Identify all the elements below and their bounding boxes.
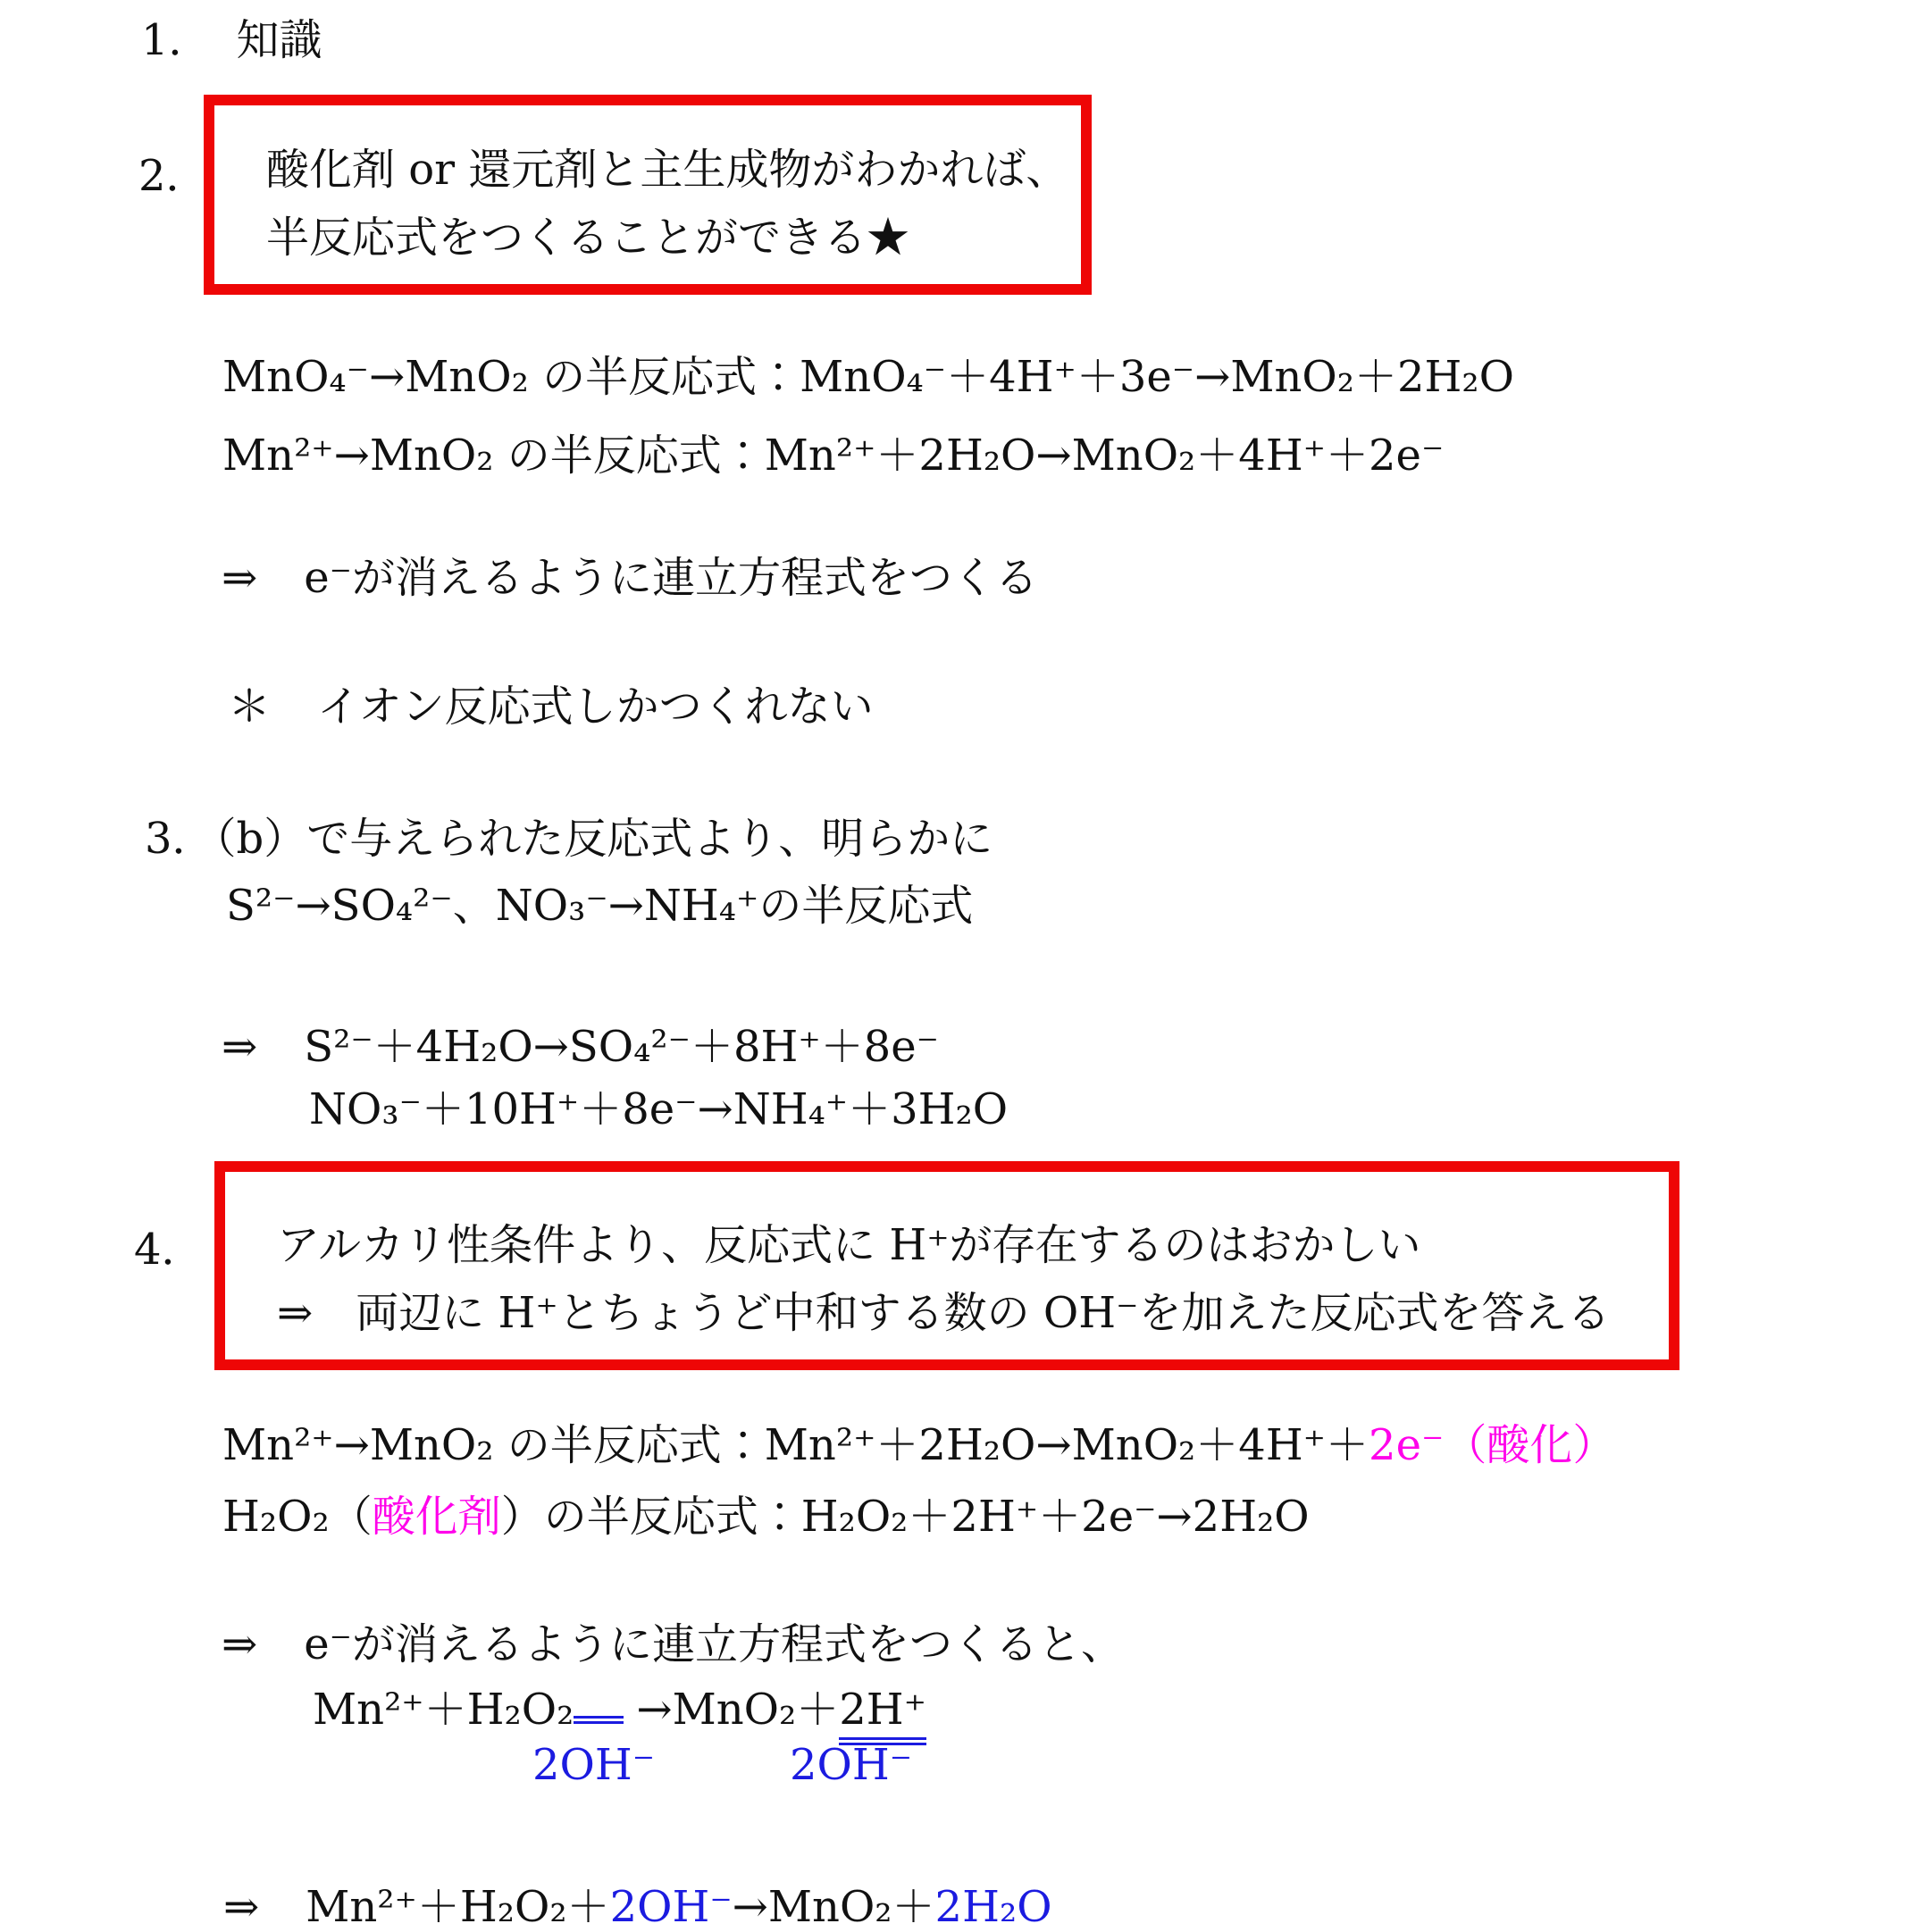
section-3-number: 3． — [145, 814, 215, 864]
section-1-number: 1． — [141, 5, 212, 67]
double-arrow: ⇒ — [222, 553, 257, 603]
section-3-result-row1: ⇒S²⁻＋4H₂O→SO₄²⁻＋8H⁺＋8e⁻ — [222, 1012, 939, 1074]
final-equation-water: 2H₂O — [935, 1882, 1052, 1932]
key-point-box-oxidizer-line1: 酸化剤 or 還元剤と主生成物がわかれば、 — [266, 136, 1081, 204]
note-combine-equations-text: e⁻が消えるように連立方程式をつくると、 — [304, 1619, 1124, 1669]
equation-h2o2-oxidizer: H₂O₂（酸化剤）の半反応式：H₂O₂＋2H⁺＋2e⁻→2H₂O — [222, 1481, 1615, 1552]
oh-annotation-right-row: 2OH⁻ — [790, 1740, 912, 1790]
equation-mn2-oxidation-electrons: 2e⁻（酸化） — [1369, 1420, 1615, 1470]
working-equation-middle: →MnO₂＋ — [636, 1685, 839, 1735]
aside-ionic-equation: ＊イオン反応式しかつくれない — [228, 672, 874, 733]
final-equation-black1: Mn²⁺＋H₂O₂＋ — [306, 1882, 609, 1932]
section-2-number-row: 2． — [138, 141, 209, 203]
section-4-number-row: 4． — [134, 1215, 205, 1276]
section-2-number: 2． — [138, 151, 209, 201]
equation-mn2-oxidation-black: Mn²⁺→MnO₂ の半反応式：Mn²⁺＋2H₂O→MnO₂＋4H⁺＋ — [222, 1420, 1369, 1470]
key-point-box-alkaline-line2: ⇒ 両辺に H⁺とちょうど中和する数の OH⁻を加えた反応式を答える — [277, 1279, 1669, 1347]
equation-h2o2-black1: H₂O₂（ — [222, 1492, 373, 1542]
key-point-box-oxidizer-line2: 半反応式をつくることができる★ — [266, 204, 1081, 272]
section-1: 1．知識 — [141, 5, 322, 67]
aside-ionic-equation-text: イオン反応式しかつくれない — [317, 682, 874, 732]
section-3-line2-row: S²⁻→SO₄²⁻、NO₃⁻→NH₄⁺の半反応式 — [226, 871, 973, 933]
note-eliminate-electrons: ⇒e⁻が消えるように連立方程式をつくる — [222, 543, 1038, 605]
equation-no3-to-nh4: NO₃⁻＋10H⁺＋8e⁻→NH₄⁺＋3H₂O — [309, 1084, 1008, 1134]
note-combine-equations: ⇒e⁻が消えるように連立方程式をつくると、 — [222, 1610, 1124, 1671]
half-reaction-examples: MnO₄⁻→MnO₂ の半反応式：MnO₄⁻＋4H⁺＋3e⁻→MnO₂＋2H₂O… — [222, 338, 1514, 495]
notes-page: 1．知識 2． 酸化剤 or 還元剤と主生成物がわかれば、 半反応式をつくること… — [0, 0, 1918, 1932]
section-4-number: 4． — [134, 1225, 205, 1275]
note-eliminate-electrons-text: e⁻が消えるように連立方程式をつくる — [304, 553, 1038, 603]
oh-annotation-left-row: 2OH⁻ — [532, 1740, 655, 1790]
equation-mn2-to-mno2: Mn²⁺→MnO₂ の半反応式：Mn²⁺＋2H₂O→MnO₂＋4H⁺＋2e⁻ — [222, 416, 1514, 495]
double-arrow: ⇒ — [222, 1619, 257, 1669]
blank-underline-slot — [574, 1680, 624, 1724]
final-equation-black2: →MnO₂＋ — [733, 1882, 935, 1932]
asterisk-marker: ＊ — [228, 682, 271, 732]
section-3-line2: S²⁻→SO₄²⁻、NO₃⁻→NH₄⁺の半反応式 — [226, 881, 973, 931]
section-3-result-row2: NO₃⁻＋10H⁺＋8e⁻→NH₄⁺＋3H₂O — [309, 1075, 1008, 1136]
equation-mn2-oxidation: Mn²⁺→MnO₂ の半反応式：Mn²⁺＋2H₂O→MnO₂＋4H⁺＋2e⁻（酸… — [222, 1409, 1615, 1481]
section-1-title: 知識 — [237, 15, 322, 65]
key-point-box-oxidizer: 酸化剤 or 還元剤と主生成物がわかれば、 半反応式をつくることができる★ — [204, 95, 1092, 295]
working-equation-left: Mn²⁺＋H₂O₂ — [313, 1685, 574, 1735]
working-equation-2h-underlined: 2H⁺ — [839, 1685, 926, 1745]
double-arrow: ⇒ — [222, 1022, 257, 1072]
equation-h2o2-oxidizer-label: 酸化剤 — [373, 1492, 501, 1542]
double-arrow: ⇒ — [223, 1882, 259, 1932]
equation-h2o2-black2: ）の半反応式：H₂O₂＋2H⁺＋2e⁻→2H₂O — [501, 1492, 1310, 1542]
section-3-header: 3．（b）で与えられた反応式より、明らかに — [145, 804, 993, 866]
key-point-box-alkaline: アルカリ性条件より、反応式に H⁺が存在するのはおかしい ⇒ 両辺に H⁺とちょ… — [214, 1161, 1679, 1370]
equation-s2-to-so4: S²⁻＋4H₂O→SO₄²⁻＋8H⁺＋8e⁻ — [304, 1022, 939, 1072]
section-3-line1: （b）で与えられた反応式より、明らかに — [215, 814, 993, 864]
oh-annotation-right: 2OH⁻ — [790, 1740, 912, 1790]
equation-mno4-to-mno2: MnO₄⁻→MnO₂ の半反応式：MnO₄⁻＋4H⁺＋3e⁻→MnO₂＋2H₂O — [222, 338, 1514, 416]
key-point-box-alkaline-line1: アルカリ性条件より、反応式に H⁺が存在するのはおかしい — [277, 1211, 1669, 1279]
oh-annotation-left: 2OH⁻ — [532, 1740, 655, 1790]
section-4-equations: Mn²⁺→MnO₂ の半反応式：Mn²⁺＋2H₂O→MnO₂＋4H⁺＋2e⁻（酸… — [222, 1409, 1615, 1552]
final-equation-row: ⇒Mn²⁺＋H₂O₂＋2OH⁻→MnO₂＋2H₂O — [223, 1872, 1052, 1932]
final-equation-oh: 2OH⁻ — [610, 1882, 733, 1932]
working-equation: Mn²⁺＋H₂O₂→MnO₂＋2H⁺ — [313, 1675, 926, 1736]
